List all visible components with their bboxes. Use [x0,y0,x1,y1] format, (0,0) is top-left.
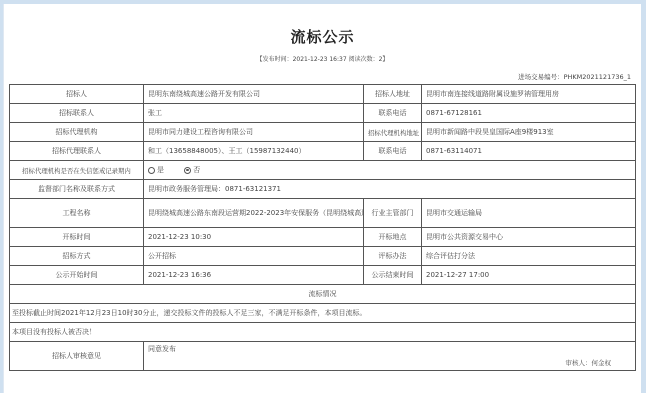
tenderer-phone-label: 联系电话 [364,104,422,123]
table-row: 公示开始时间 2021-12-23 16:36 公示结束时间 2021-12-2… [10,266,636,285]
table-row: 流标情况 [10,285,636,304]
table-row: 招标联系人 张工 联系电话 0871-67128161 [10,104,636,123]
tenderer-contact-label: 招标联系人 [10,104,144,123]
notice-page: 流标公示 【发布时间：2021-12-23 16:37 阅读次数：2】 进场交易… [3,4,641,393]
table-row: 本项目没有投标人被否决！ [10,323,636,342]
tenderer-address-label: 招标人地址 [364,85,422,104]
notice-table: 招标人 昆明东南绕城高速公路开发有限公司 招标人地址 昆明市南连接线道路附属设施… [9,84,636,371]
agency-contact-value: 和工（13658848005）、王工（15987132440） [144,142,364,161]
radio-checked-icon[interactable] [184,167,191,174]
tenderer-value: 昆明东南绕城高速公路开发有限公司 [144,85,364,104]
table-row: 监督部门名称及联系方式 昆明市政务服务管理局：0871-63121371 [10,180,636,199]
industry-dept-label: 行业主管部门 [364,199,422,228]
radio-option-no[interactable]: 否 [184,165,200,175]
trade-code-value: PHKM2021121736_1 [564,73,631,81]
table-row: 开标时间 2021-12-23 10:30 开标地点 昆明市公共资源交易中心 [10,228,636,247]
publish-meta: 【发布时间：2021-12-23 16:37 阅读次数：2】 [4,54,641,63]
open-place-label: 开标地点 [364,228,422,247]
notice-start-value: 2021-12-23 16:36 [144,266,364,285]
review-opinion: 同意发布 [148,345,176,353]
review-label: 招标人审核意见 [10,342,144,371]
review-opinion-cell: 同意发布 审核人：何金权 [144,342,636,371]
table-row: 工程名称 昆明绕城高速公路东南段运营期2022-2023年安保服务（昆明绕城高速… [10,199,636,228]
table-row: 招标代理机构 昆明市同力建设工程咨询有限公司 招标代理机构地址 昆明市新闻路中段… [10,123,636,142]
radio-yes-label: 是 [157,166,164,174]
table-row: 招标方式 公开招标 评标办法 综合评估打分法 [10,247,636,266]
radio-unchecked-icon[interactable] [148,167,155,174]
supervisor-label: 监督部门名称及联系方式 [10,180,144,199]
table-row: 招标人 昆明东南绕城高速公路开发有限公司 招标人地址 昆明市南连接线道路附属设施… [10,85,636,104]
table-row: 至投标截止时间2021年12月23日10时30分止，递交投标文件的投标人不足三家… [10,304,636,323]
radio-option-yes[interactable]: 是 [148,165,164,175]
agency-phone-label: 联系电话 [364,142,422,161]
agency-phone-value: 0871-63114071 [422,142,636,161]
failure-reason: 至投标截止时间2021年12月23日10时30分止，递交投标文件的投标人不足三家… [10,304,636,323]
eval-method-value: 综合评估打分法 [422,247,636,266]
agency-address-label: 招标代理机构地址 [364,123,422,142]
table-row: 招标代理机构是否在失信惩戒记录期内 是 否 [10,161,636,180]
open-time-label: 开标时间 [10,228,144,247]
agency-contact-label: 招标代理联系人 [10,142,144,161]
table-row: 招标代理联系人 和工（13658848005）、王工（15987132440） … [10,142,636,161]
publish-time-label: 发布时间： [263,56,293,63]
open-place-value: 昆明市公共资源交易中心 [422,228,636,247]
tenderer-phone-value: 0871-67128161 [422,104,636,123]
read-count-label: 阅读次数： [349,56,379,63]
tenderer-address-value: 昆明市南连接线道路附属设施罗衲管理用房 [422,85,636,104]
no-rejection-note: 本项目没有投标人被否决！ [10,323,636,342]
reviewer-name: 审核人：何金权 [566,358,612,367]
supervisor-value: 昆明市政务服务管理局：0871-63121371 [144,180,636,199]
tenderer-label: 招标人 [10,85,144,104]
eval-method-label: 评标办法 [364,247,422,266]
tenderer-contact-value: 张工 [144,104,364,123]
industry-dept-value: 昆明市交通运输局 [422,199,636,228]
notice-end-label: 公示结束时间 [364,266,422,285]
agency-label: 招标代理机构 [10,123,144,142]
trade-code: 进场交易编号：PHKM2021121736_1 [518,72,631,81]
radio-no-label: 否 [193,166,200,174]
agency-value: 昆明市同力建设工程咨询有限公司 [144,123,364,142]
tender-method-value: 公开招标 [144,247,364,266]
publish-time: 2021-12-23 16:37 [293,56,347,63]
tender-method-label: 招标方式 [10,247,144,266]
notice-start-label: 公示开始时间 [10,266,144,285]
table-row: 招标人审核意见 同意发布 审核人：何金权 [10,342,636,371]
project-name-label: 工程名称 [10,199,144,228]
dishonest-record-options: 是 否 [144,161,636,180]
meta-bracket-close: 】 [382,56,388,63]
agency-address-value: 昆明市新闻路中段昊皇国际A座9楼913室 [422,123,636,142]
project-name-value: 昆明绕城高速公路东南段运营期2022-2023年安保服务（昆明绕城高速公路东南段… [144,199,364,228]
page-title: 流标公示 [4,26,641,47]
dishonest-record-label: 招标代理机构是否在失信惩戒记录期内 [10,161,144,180]
open-time-value: 2021-12-23 10:30 [144,228,364,247]
trade-code-label: 进场交易编号： [518,73,564,81]
failure-heading: 流标情况 [10,285,636,304]
notice-end-value: 2021-12-27 17:00 [422,266,636,285]
